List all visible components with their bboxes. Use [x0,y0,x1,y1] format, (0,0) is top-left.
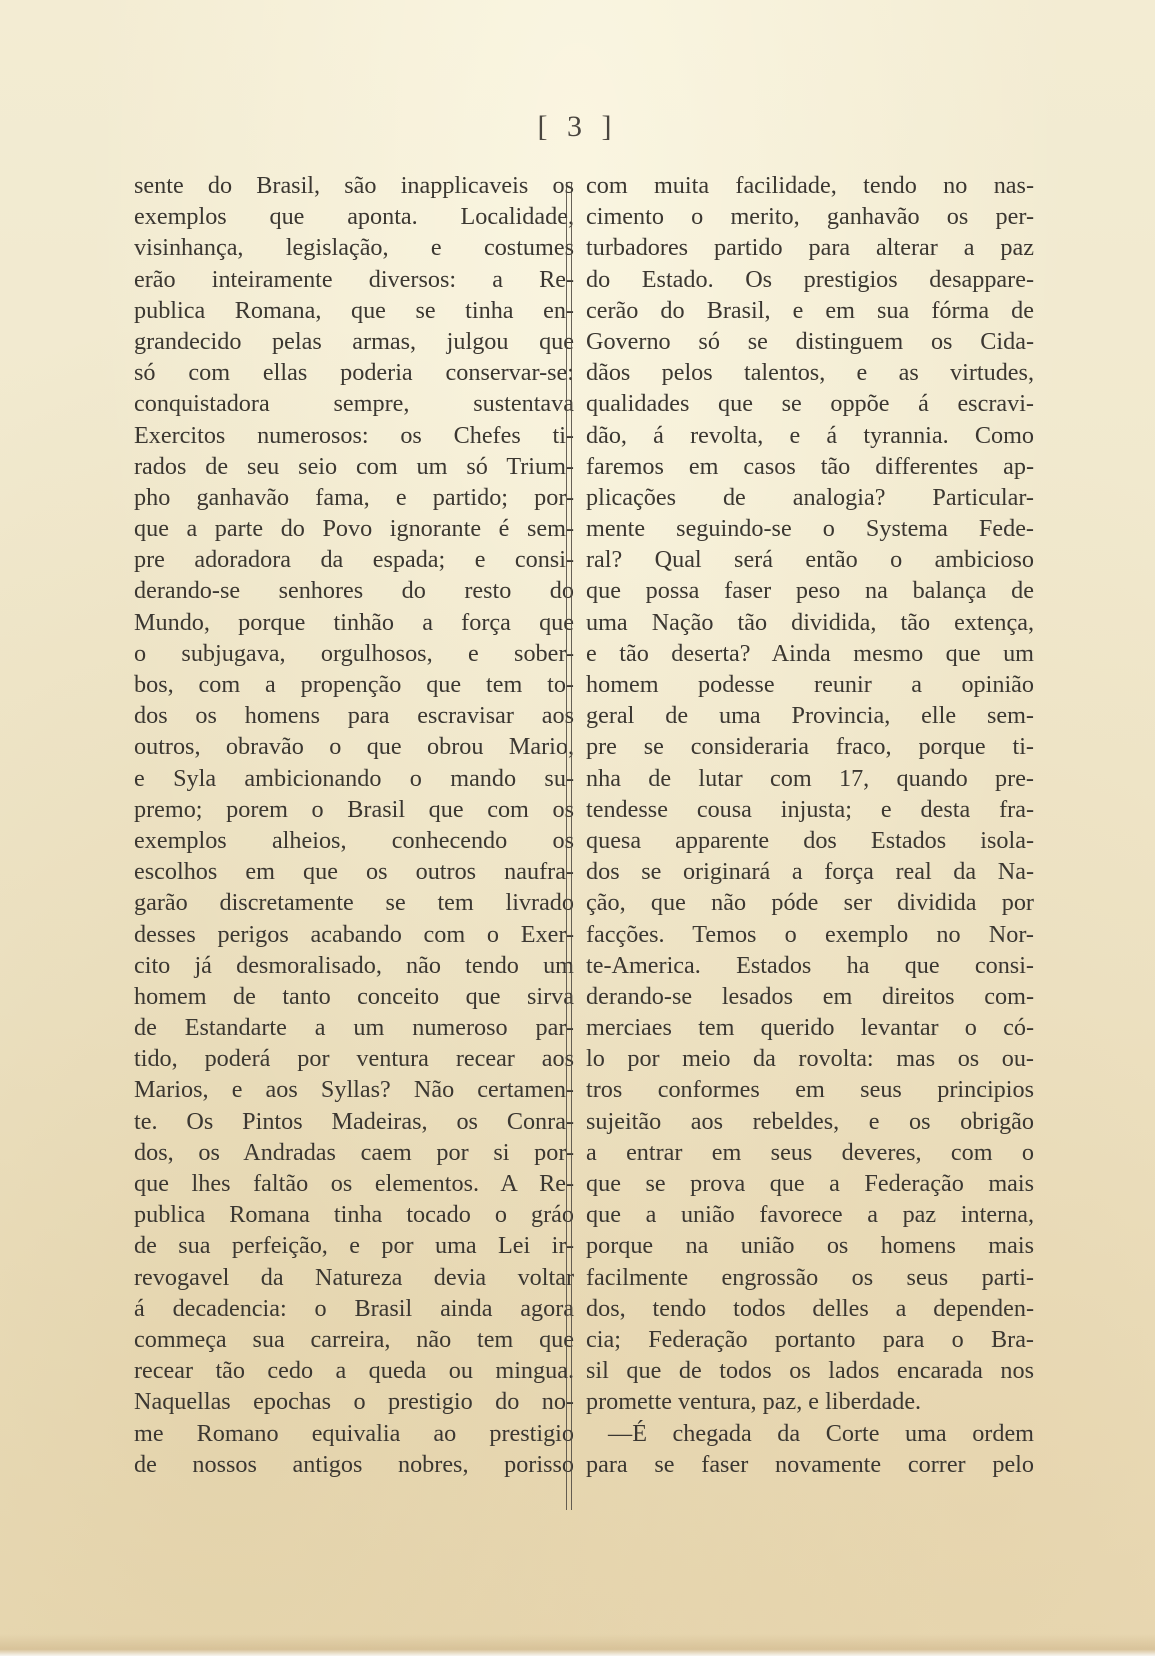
text-line: te. Os Pintos Madeiras, os Conra- [134,1106,574,1137]
text-line: que a união favorece a paz interna, [586,1199,1034,1230]
text-line: de sua perfeição, e por uma Lei ir- [134,1230,574,1261]
text-line: desses perigos acabando com o Exer- [134,919,574,950]
text-line: merciaes tem querido levantar o có- [586,1012,1034,1043]
text-line: cimento o merito, ganhavão os per- [586,201,1034,232]
text-line: derando-se senhores do resto do [134,575,574,606]
text-line: mente seguindo-se o Systema Fede- [586,513,1034,544]
text-line: a entrar em seus deveres, com o [586,1137,1034,1168]
text-line: de Estandarte a um numeroso par- [134,1012,574,1043]
text-line: recear tão cedo a queda ou mingua. [134,1355,574,1386]
text-line: de nossos antigos nobres, porisso [134,1449,574,1480]
text-line: com muita facilidade, tendo no nas- [586,170,1034,201]
text-line: Naquellas epochas o prestigio do no- [134,1386,574,1417]
text-line: rados de seu seio com um só Trium- [134,451,574,482]
text-line: me Romano equivalia ao prestigio [134,1418,574,1449]
text-line: facilmente engrossão os seus parti- [586,1262,1034,1293]
text-line: cerão do Brasil, e em sua fórma de [586,295,1034,326]
text-line: te-America. Estados ha que consi- [586,950,1034,981]
text-line: tendesse cousa injusta; e desta fra- [586,794,1034,825]
text-line: qualidades que se oppõe á escravi- [586,388,1034,419]
text-line: ção, que não póde ser dividida por [586,887,1034,918]
text-line: homem de tanto conceito que sirva [134,981,574,1012]
text-line: plicações de analogia? Particular- [586,482,1034,513]
text-line: pre adoradora da espada; e consi- [134,544,574,575]
text-line: premo; porem o Brasil que com os [134,794,574,825]
text-line: e tão deserta? Ainda mesmo que um [586,638,1034,669]
text-line: revogavel da Natureza devia voltar [134,1262,574,1293]
text-line: dos se originará a força real da Na- [586,856,1034,887]
column-divider-rule [566,182,572,1510]
text-line: Marios, e aos Syllas? Não certamen- [134,1074,574,1105]
text-line: publica Romana tinha tocado o gráo [134,1199,574,1230]
text-line: do Estado. Os prestigios desappare- [586,264,1034,295]
text-line: dos, tendo todos delles a dependen- [586,1293,1034,1324]
text-line: geral de uma Provincia, elle sem- [586,700,1034,731]
text-line: garão discretamente se tem livrado [134,887,574,918]
text-line: facções. Temos o exemplo no Nor- [586,919,1034,950]
text-line: tido, poderá por ventura recear aos [134,1043,574,1074]
text-line: derando-se lesados em direitos com- [586,981,1034,1012]
text-line: commeça sua carreira, não tem que [134,1324,574,1355]
text-line: promette ventura, paz, e liberdade. [586,1386,1034,1417]
page-bottom-edge [0,1634,1155,1656]
left-text-column: sente do Brasil, são inapplicaveis os ex… [134,170,574,1480]
text-line: e Syla ambicionando o mando su- [134,763,574,794]
text-line: que se prova que a Federação mais [586,1168,1034,1199]
text-line: que a parte do Povo ignorante é sem- [134,513,574,544]
text-line: pho ganhavão fama, e partido; por- [134,482,574,513]
text-line: Governo só se distinguem os Cida- [586,326,1034,357]
text-line: dos os homens para escravisar aos [134,700,574,731]
text-line: sil que de todos os lados encarada nos [586,1355,1034,1386]
right-text-column: com muita facilidade, tendo no nas- cime… [586,170,1034,1480]
text-line: dão, á revolta, e á tyrannia. Como [586,420,1034,451]
text-line: bos, com a propenção que tem to- [134,669,574,700]
text-line: erão inteiramente diversos: a Re- [134,264,574,295]
text-line: visinhança, legislação, e costumes [134,232,574,263]
text-line: outros, obravão o que obrou Mario, [134,731,574,762]
text-line: cia; Federação portanto para o Bra- [586,1324,1034,1355]
text-line: cito já desmoralisado, não tendo um [134,950,574,981]
text-line: uma Nação tão dividida, tão extença, [586,607,1034,638]
text-line: pre se consideraria fraco, porque ti- [586,731,1034,762]
text-line: sujeitão aos rebeldes, e os obrigão [586,1106,1034,1137]
text-line: nha de lutar com 17, quando pre- [586,763,1034,794]
text-line: Exercitos numerosos: os Chefes ti- [134,420,574,451]
text-line: exemplos que aponta. Localidade, [134,201,574,232]
text-line: grandecido pelas armas, julgou que [134,326,574,357]
text-line: tros conformes em seus principios [586,1074,1034,1105]
text-line: ral? Qual será então o ambicioso [586,544,1034,575]
text-line: que possa faser peso na balança de [586,575,1034,606]
text-line: turbadores partido para alterar a paz [586,232,1034,263]
text-line: lo por meio da rovolta: mas os ou- [586,1043,1034,1074]
text-line: quesa apparente dos Estados isola- [586,825,1034,856]
text-line: sente do Brasil, são inapplicaveis os [134,170,574,201]
text-line: Mundo, porque tinhão a força que [134,607,574,638]
text-line: porque na união os homens mais [586,1230,1034,1261]
text-line: só com ellas poderia conservar-se: [134,357,574,388]
text-line: dos, os Andradas caem por si por- [134,1137,574,1168]
text-line: homem podesse reunir a opinião [586,669,1034,700]
text-line: que lhes faltão os elementos. A Re- [134,1168,574,1199]
text-line: á decadencia: o Brasil ainda agora [134,1293,574,1324]
text-line: exemplos alheios, conhecendo os [134,825,574,856]
text-line: publica Romana, que se tinha en- [134,295,574,326]
text-line: escolhos em que os outros naufra- [134,856,574,887]
text-line: conquistadora sempre, sustentava [134,388,574,419]
text-line: o subjugava, orgulhosos, e sober- [134,638,574,669]
text-line: para se faser novamente correr pelo [586,1449,1034,1480]
page-number: [ 3 ] [0,110,1155,144]
text-line: —É chegada da Corte uma ordem [586,1418,1034,1449]
text-line: faremos em casos tão differentes ap- [586,451,1034,482]
text-line: dãos pelos talentos, e as virtudes, [586,357,1034,388]
